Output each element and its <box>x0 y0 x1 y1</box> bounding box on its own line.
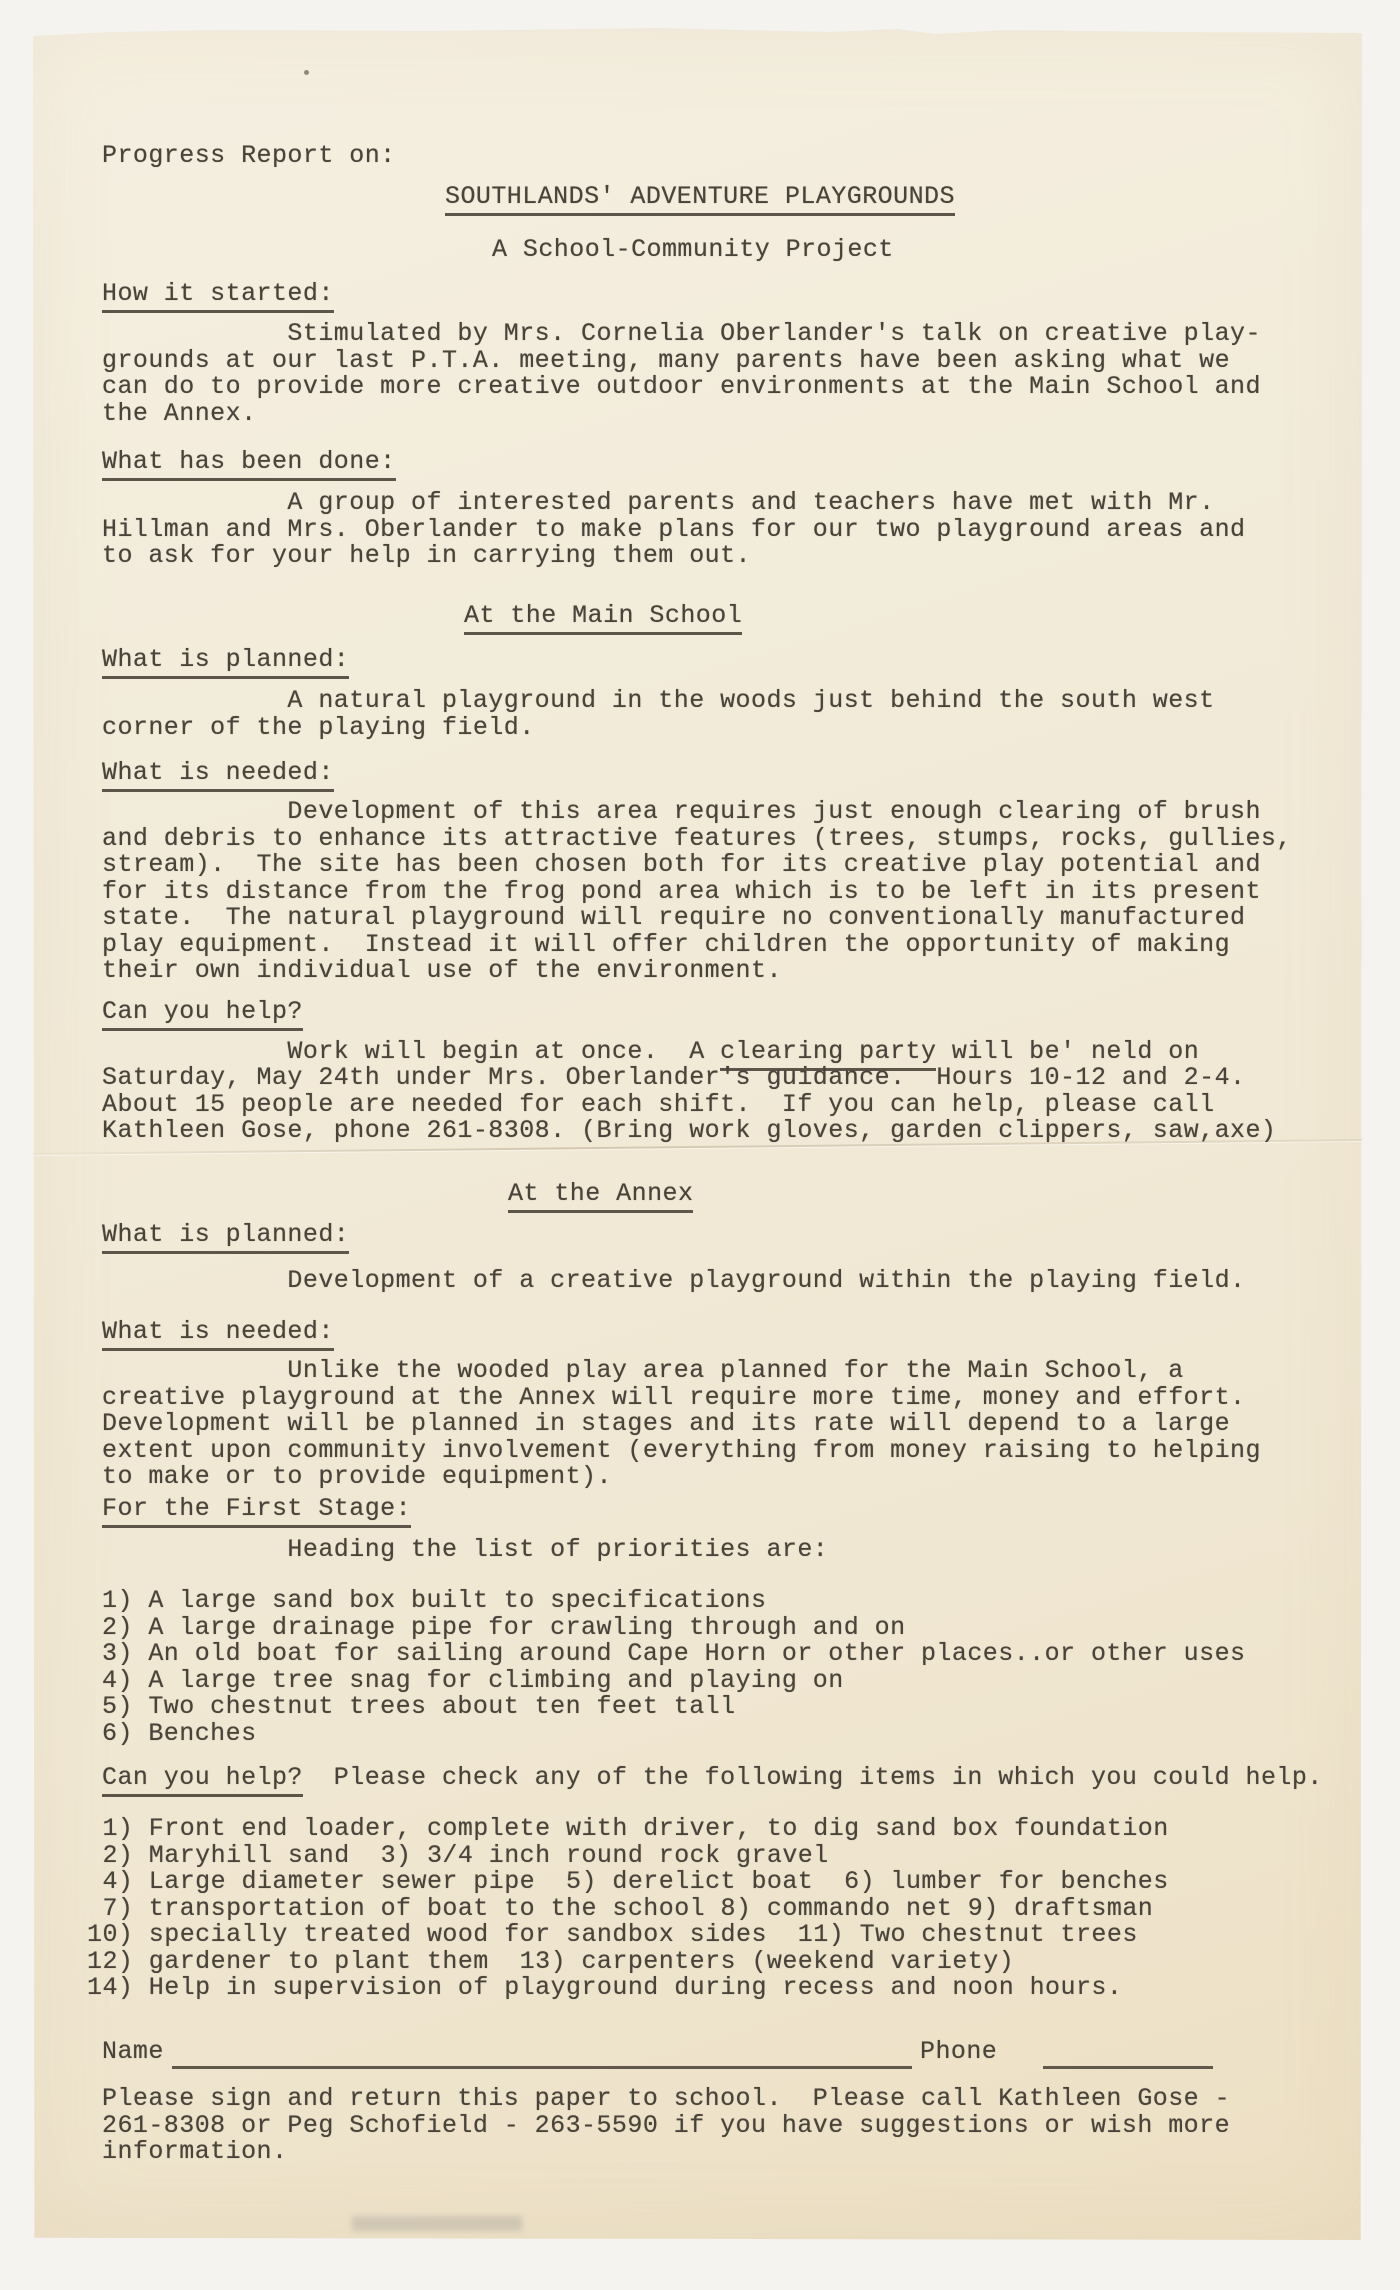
paragraph-clearing-party-line: Work will begin at once. A clearing part… <box>102 1039 1199 1066</box>
text-line: 12) gardener to plant them 13) carpenter… <box>87 1949 1169 1976</box>
text-line: 2) Maryhill sand 3) 3/4 inch round rock … <box>87 1843 1169 1870</box>
paragraph-clearing-party-rest: Saturday, May 24th under Mrs. Oberlander… <box>102 1065 1276 1145</box>
paragraph-needed-main: Development of this area requires just e… <box>102 799 1292 985</box>
text-line: their own individual use of the environm… <box>102 958 1292 985</box>
priorities-intro-line: Heading the list of priorities are: <box>102 1537 828 1564</box>
text-line: extent upon community involvement (every… <box>102 1438 1261 1465</box>
heading-what-is-planned-main: What is planned: <box>102 647 349 674</box>
text-line: stream). The site has been chosen both f… <box>102 852 1292 879</box>
heading-can-you-help-main: Can you help? <box>102 999 303 1026</box>
text-line: and debris to enhance its attractive fea… <box>102 826 1292 853</box>
text-line: creative playground at the Annex will re… <box>102 1385 1261 1412</box>
text-line: Development of a creative playground wit… <box>102 1268 1245 1295</box>
phone-label: Phone <box>920 2039 997 2066</box>
text-line: corner of the playing field. <box>102 715 1215 742</box>
paragraph-what-has-been-done: A group of interested parents and teache… <box>102 490 1245 570</box>
text-line: for its distance from the frog pond area… <box>102 879 1292 906</box>
phone-blank-line <box>1043 2066 1213 2069</box>
text-line: Stimulated by Mrs. Cornelia Oberlander's… <box>102 321 1261 348</box>
text-line: can do to provide more creative outdoor … <box>102 374 1261 401</box>
paragraph-how-it-started: Stimulated by Mrs. Cornelia Oberlander's… <box>102 321 1261 427</box>
document-title-text: SOUTHLANDS' ADVENTURE PLAYGROUNDS <box>445 182 955 216</box>
text-line: 7) transportation of boat to the school … <box>87 1896 1169 1923</box>
text-line: Development will be planned in stages an… <box>102 1411 1261 1438</box>
closing-paragraph: Please sign and return this paper to sch… <box>102 2086 1230 2166</box>
text-line: the Annex. <box>102 401 1261 428</box>
paragraph-needed-annex: Unlike the wooded play area planned for … <box>102 1358 1261 1491</box>
text-line: grounds at our last P.T.A. meeting, many… <box>102 348 1261 375</box>
heading-what-is-needed-annex: What is needed: <box>102 1319 334 1346</box>
document-title: SOUTHLANDS' ADVENTURE PLAYGROUNDS <box>445 184 955 211</box>
text-line: Hillman and Mrs. Oberlander to make plan… <box>102 517 1245 544</box>
heading-for-the-first-stage: For the First Stage: <box>102 1496 411 1523</box>
heading-what-is-needed-main: What is needed: <box>102 760 334 787</box>
heading-what-has-been-done: What has been done: <box>102 449 396 476</box>
heading-can-you-help-items: Can you help? Please check any of the fo… <box>102 1765 1323 1792</box>
text-line: play equipment. Instead it will offer ch… <box>102 932 1292 959</box>
text-line: 1) Front end loader, complete with drive… <box>87 1816 1169 1843</box>
text-line: Saturday, May 24th under Mrs. Oberlander… <box>102 1065 1276 1092</box>
text-line: 6) Benches <box>102 1721 1245 1748</box>
paragraph-planned-annex: Development of a creative playground wit… <box>102 1268 1245 1295</box>
text-line: A group of interested parents and teache… <box>102 490 1245 517</box>
heading-what-is-planned-annex: What is planned: <box>102 1222 349 1249</box>
text-line: 4) A large tree snag for climbing and pl… <box>102 1668 1245 1695</box>
help-items-list: 1) Front end loader, complete with drive… <box>87 1816 1169 2002</box>
progress-report-label: Progress Report on: <box>102 143 396 170</box>
text-line: information. <box>102 2139 1230 2166</box>
text-line: to make or to provide equipment). <box>102 1464 1261 1491</box>
text-line: 1) A large sand box built to specificati… <box>102 1588 1245 1615</box>
text-line: to ask for your help in carrying them ou… <box>102 543 1245 570</box>
priorities-list: 1) A large sand box built to specificati… <box>102 1588 1245 1747</box>
text-line: 4) Large diameter sewer pipe 5) derelict… <box>87 1869 1169 1896</box>
heading-how-it-started: How it started: <box>102 281 334 308</box>
paragraph-planned-main: A natural playground in the woods just b… <box>102 688 1215 741</box>
text-line: Development of this area requires just e… <box>102 799 1292 826</box>
text-line: 5) Two chestnut trees about ten feet tal… <box>102 1694 1245 1721</box>
text-line: Kathleen Gose, phone 261-8308. (Bring wo… <box>102 1118 1276 1145</box>
text-line: 10) specially treated wood for sandbox s… <box>87 1922 1169 1949</box>
name-blank-line <box>172 2066 912 2069</box>
text-line: 261-8308 or Peg Schofield - 263-5590 if … <box>102 2113 1230 2140</box>
text-line: 14) Help in supervision of playground du… <box>87 1975 1169 2002</box>
text-line: 3) An old boat for sailing around Cape H… <box>102 1641 1245 1668</box>
text-line: Unlike the wooded play area planned for … <box>102 1358 1261 1385</box>
text-line: About 15 people are needed for each shif… <box>102 1092 1276 1119</box>
text-line: A natural playground in the woods just b… <box>102 688 1215 715</box>
document-subtitle: A School-Community Project <box>492 237 894 264</box>
heading-at-the-annex: At the Annex <box>508 1181 693 1208</box>
heading-at-the-main-school: At the Main School <box>464 603 742 630</box>
text-line: Please sign and return this paper to sch… <box>102 2086 1230 2113</box>
text-line: 2) A large drainage pipe for crawling th… <box>102 1615 1245 1642</box>
text-line: state. The natural playground will requi… <box>102 905 1292 932</box>
typewritten-document: Progress Report on: SOUTHLANDS' ADVENTUR… <box>0 0 1400 2290</box>
name-label: Name <box>102 2039 164 2066</box>
